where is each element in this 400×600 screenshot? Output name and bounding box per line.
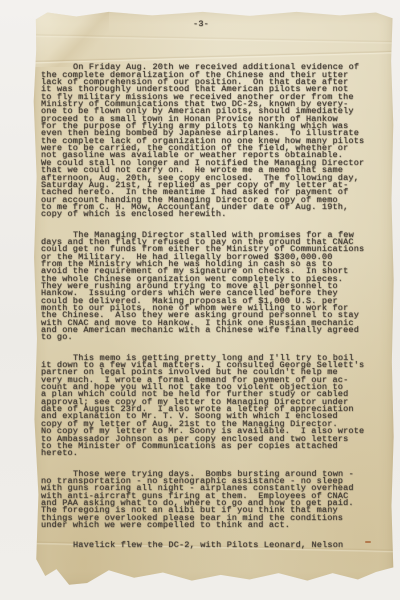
scanned-document-scene: -3- On Friday Aug. 20th we received addi… (0, 0, 400, 600)
paragraph: On Friday Aug. 20th we received addition… (41, 64, 377, 218)
typewritten-text: -3- On Friday Aug. 20th we received addi… (41, 21, 377, 550)
paragraph: Those were trying days. Bombs bursting a… (41, 471, 377, 530)
paragraph: This memo is getting pretty long and I'l… (41, 355, 377, 458)
paper-sheet: -3- On Friday Aug. 20th we received addi… (33, 9, 394, 587)
paragraph: The Managing Director stalled with promi… (41, 232, 377, 342)
paragraph: Havelick flew the DC-2, with Pilots Leon… (41, 542, 377, 549)
page-number: -3- (41, 21, 361, 28)
bleed-through-marks (121, 560, 191, 570)
